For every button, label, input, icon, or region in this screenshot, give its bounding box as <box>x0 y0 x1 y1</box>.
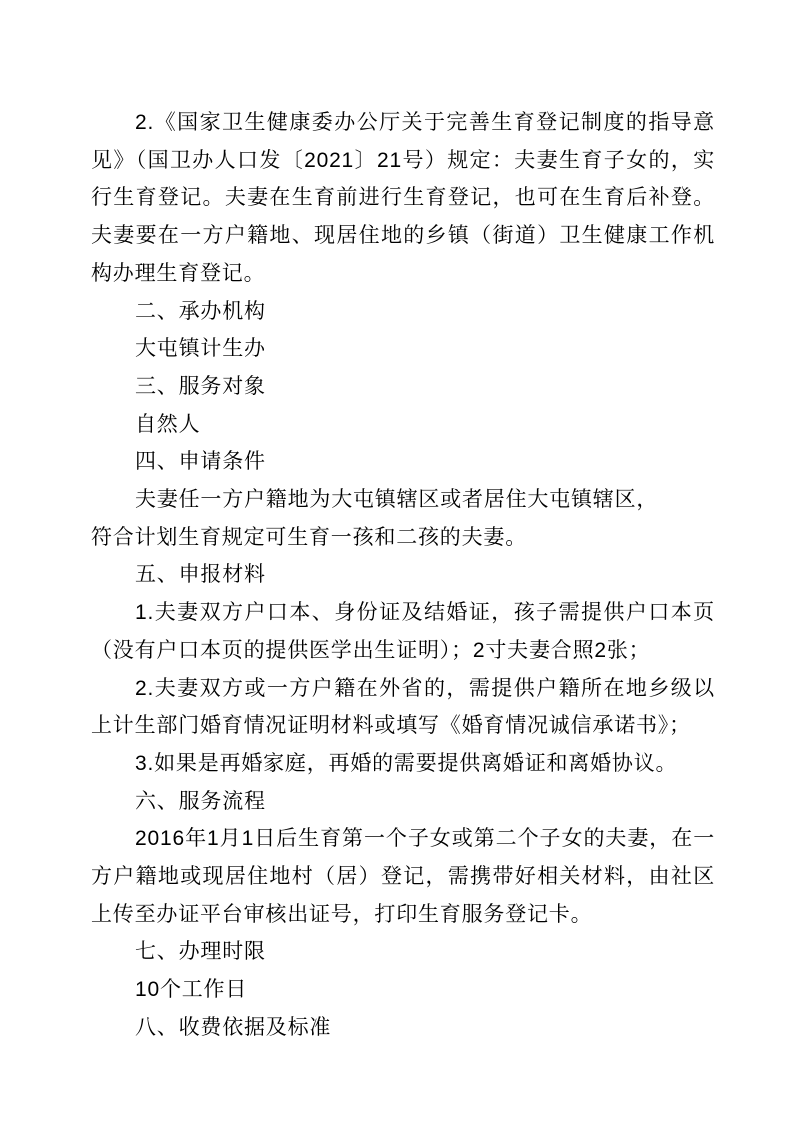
paragraph: 2.夫妻双方或一方户籍在外省的，需提供户籍所在地乡级以上计生部门婚育情况证明材料… <box>91 670 715 745</box>
paragraph: 夫妻任一方户籍地为大屯镇辖区或者居住大屯镇辖区， <box>91 481 715 519</box>
paragraph: 六、服务流程 <box>91 783 715 821</box>
paragraph: 符合计划生育规定可生育一孩和二孩的夫妻。 <box>91 519 715 557</box>
paragraph: 二、承办机构 <box>91 293 715 331</box>
paragraph: 2.《国家卫生健康委办公厅关于完善生育登记制度的指导意见》（国卫办人口发〔202… <box>91 104 715 293</box>
paragraph: 四、申请条件 <box>91 443 715 481</box>
paragraph: 大屯镇计生办 <box>91 330 715 368</box>
paragraph: 3.如果是再婚家庭，再婚的需要提供离婚证和离婚协议。 <box>91 745 715 783</box>
paragraph: 七、办理时限 <box>91 933 715 971</box>
paragraph: 10个工作日 <box>91 971 715 1009</box>
document-content: 2.《国家卫生健康委办公厅关于完善生育登记制度的指导意见》（国卫办人口发〔202… <box>91 104 715 1047</box>
paragraph: 三、服务对象 <box>91 368 715 406</box>
paragraph: 八、收费依据及标准 <box>91 1009 715 1047</box>
paragraph: 2016年1月1日后生育第一个子女或第二个子女的夫妻，在一方户籍地或现居住地村（… <box>91 820 715 933</box>
document-page: 2.《国家卫生健康委办公厅关于完善生育登记制度的指导意见》（国卫办人口发〔202… <box>0 0 793 1122</box>
paragraph: 自然人 <box>91 406 715 444</box>
paragraph: 1.夫妻双方户口本、身份证及结婚证，孩子需提供户口本页（没有户口本页的提供医学出… <box>91 594 715 669</box>
paragraph: 五、申报材料 <box>91 556 715 594</box>
